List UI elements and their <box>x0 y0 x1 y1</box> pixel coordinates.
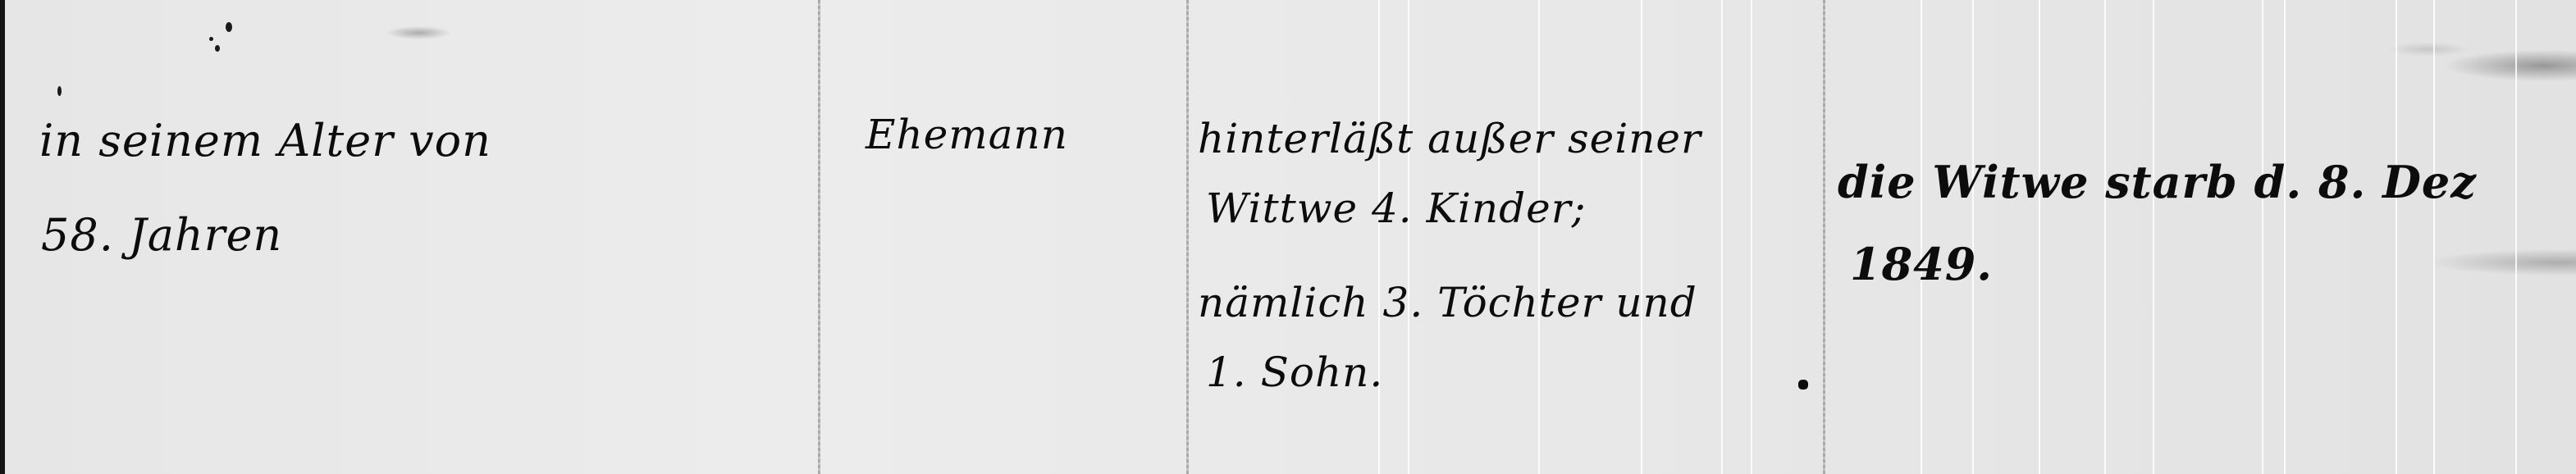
scan-artifact-line <box>1538 0 1540 474</box>
survivors-line-2: Wittwe 4. Kinder; <box>1206 185 1586 232</box>
survivors-line-1: hinterläßt außer seiner <box>1198 115 1701 162</box>
column-rule <box>818 0 820 474</box>
scan-artifact-line <box>2153 0 2154 474</box>
scan-artifact-line <box>1921 0 1922 474</box>
age-line-1: in seinem Alter von <box>39 115 491 166</box>
page-left-edge <box>0 0 5 474</box>
scan-artifact-line <box>1751 0 1752 474</box>
scan-artifact-line <box>2515 0 2517 474</box>
remarks-line-2: 1849. <box>1850 238 1993 290</box>
scan-artifact-line <box>1408 0 1409 474</box>
scan-artifact-line <box>2262 0 2263 474</box>
ink-speck <box>215 45 220 52</box>
age-line-2: 58. Jahren <box>41 209 282 261</box>
scan-artifact-line <box>1972 0 1974 474</box>
survivors-line-3: nämlich 3. Töchter und <box>1198 279 1697 326</box>
scan-artifact-line <box>2039 0 2040 474</box>
scan-artifact-line <box>2433 0 2435 474</box>
remarks-line-1: die Witwe starb d. 8. Dez <box>1838 156 2477 208</box>
ink-dot <box>1798 380 1808 390</box>
scan-artifact-line <box>1641 0 1642 474</box>
scan-artifact-line <box>2396 0 2397 474</box>
scan-artifact-line <box>1721 0 1723 474</box>
register-page-scan: in seinem Alter von 58. Jahren Ehemann h… <box>0 0 2576 474</box>
column-rule <box>1186 0 1189 474</box>
ink-speck <box>226 22 232 32</box>
scan-artifact-line <box>2284 0 2286 474</box>
status-text: Ehemann <box>866 111 1068 158</box>
scan-artifact-line <box>1378 0 1380 474</box>
scan-artifact-line <box>2104 0 2106 474</box>
ink-speck <box>57 86 62 96</box>
column-rule <box>1823 0 1825 474</box>
ink-speck <box>209 37 213 41</box>
survivors-line-4: 1. Sohn. <box>1206 349 1383 396</box>
